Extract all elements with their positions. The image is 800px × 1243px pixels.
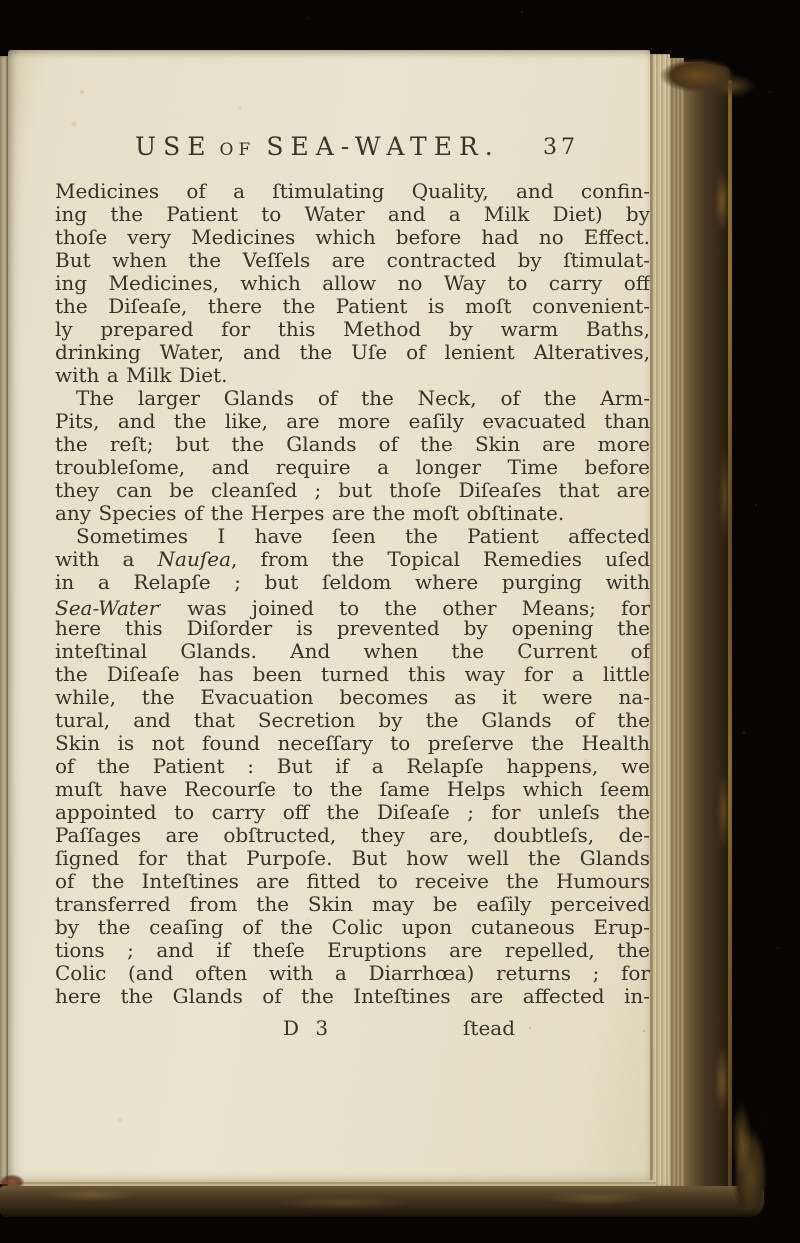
text-segment: Colic (and often with a Diarrhœa) return… <box>55 961 650 985</box>
text-line: here this Diſorder is prevented by openi… <box>55 617 650 640</box>
text-segment: tural, and that Secretion by the Glands … <box>55 708 650 732</box>
text-line: drinking Water, and the Uſe of lenient A… <box>55 341 650 364</box>
gilt-edge-line <box>728 80 732 1190</box>
fore-edge-pages-light <box>650 54 670 1186</box>
bottom-cover-edge <box>0 1186 764 1217</box>
text-line: tural, and that Secretion by the Glands … <box>55 709 650 732</box>
text-segment: Sometimes I have ſeen the Patient affect… <box>76 524 650 548</box>
body-text: Medicines of a ſtimulating Quality, and … <box>55 180 650 1042</box>
text-segment: here the Glands of the Inteſtines are af… <box>55 984 650 1008</box>
text-line: Paſſages are obſtructed, they are, doubt… <box>55 824 650 847</box>
text-segment: troubleſome, and require a longer Time b… <box>55 455 650 479</box>
fore-edge-pages-dark <box>670 58 684 1188</box>
text-segment: while, the Evacuation becomes as it were… <box>55 685 650 709</box>
text-line: muſt have Recourſe to the ſame Helps whi… <box>55 778 650 801</box>
text-segment: Paſſages are obſtructed, they are, doubt… <box>55 823 650 847</box>
text-line: But when the Veſſels are contracted by ſ… <box>55 249 650 272</box>
text-segment: the reſt; but the Glands of the Skin are… <box>55 432 650 456</box>
text-line: while, the Evacuation becomes as it were… <box>55 686 650 709</box>
text-line: the Diſeaſe has been turned this way for… <box>55 663 650 686</box>
text-segment: But when the Veſſels are contracted by ſ… <box>55 248 650 272</box>
catchword: ſtead <box>463 1016 515 1040</box>
text-line: by the ceaſing of the Colic upon cutaneo… <box>55 916 650 939</box>
text-segment: muſt have Recourſe to the ſame Helps whi… <box>55 777 650 801</box>
direction-line: D 3 ſtead <box>55 1016 650 1042</box>
text-segment: here this Diſorder is prevented by openi… <box>55 616 650 640</box>
italic-text: Nauſea <box>158 547 231 571</box>
text-line: any Species of the Herpes are the moſt o… <box>55 502 650 525</box>
text-segment: The larger Glands of the Neck, of the Ar… <box>76 386 650 410</box>
board-edge <box>684 62 704 1192</box>
text-segment: with a <box>55 547 158 571</box>
cover-edge <box>704 66 730 1194</box>
text-line: transferred from the Skin may be eaſily … <box>55 893 650 916</box>
text-segment: appointed to carry off the Diſeaſe ; for… <box>55 800 650 824</box>
text-segment: ing Medicines, which allow no Way to car… <box>55 271 650 295</box>
text-line: The larger Glands of the Neck, of the Ar… <box>55 387 650 410</box>
text-line: they can be cleanſed ; but thoſe Diſeaſe… <box>55 479 650 502</box>
text-line: ing Medicines, which allow no Way to car… <box>55 272 650 295</box>
title-word-use: USE <box>135 132 212 161</box>
text-line: troubleſome, and require a longer Time b… <box>55 456 650 479</box>
text-segment: ly prepared for this Method by warm Bath… <box>55 317 650 341</box>
text-line: Sea-Water· was joined to the other Means… <box>55 594 650 617</box>
book-page: USE OF SEA-WATER. 37 Medicines of a ſtim… <box>8 50 650 1184</box>
text-segment: of the Inteſtines are fitted to receive … <box>55 869 650 893</box>
text-segment: in a Relapſe ; but ſeldom where purging … <box>55 570 650 594</box>
text-segment: transferred from the Skin may be eaſily … <box>55 892 650 916</box>
text-line: of the Patient : But if a Relapſe happen… <box>55 755 650 778</box>
top-corner-stain <box>648 44 766 114</box>
text-line: thoſe very Medicines which before had no… <box>55 226 650 249</box>
text-segment: thoſe very Medicines which before had no… <box>55 225 650 249</box>
text-line: in a Relapſe ; but ſeldom where purging … <box>55 571 650 594</box>
title-word-seawater: SEA-WATER. <box>266 132 499 161</box>
text-segment: with a Milk Diet. <box>55 363 227 387</box>
text-segment: ing the Patient to Water and a Milk Diet… <box>55 202 650 226</box>
text-segment: , from the Topical Remedies uſed <box>231 547 650 571</box>
text-segment: Pits, and the like, are more eaſily evac… <box>55 409 650 433</box>
text-line: Sometimes I have ſeen the Patient affect… <box>55 525 650 548</box>
paragraph: The larger Glands of the Neck, of the Ar… <box>55 387 650 525</box>
bottom-right-cover-corner <box>726 1080 770 1210</box>
text-segment: Medicines of a ſtimulating Quality, and … <box>55 179 650 203</box>
text-line: ing the Patient to Water and a Milk Diet… <box>55 203 650 226</box>
text-line: with a Milk Diet. <box>55 364 650 387</box>
paragraph: Medicines of a ſtimulating Quality, and … <box>55 180 650 387</box>
text-segment: they can be cleanſed ; but thoſe Diſeaſe… <box>55 478 650 502</box>
text-segment: of the Patient : But if a Relapſe happen… <box>55 754 650 778</box>
text-line: with a Nauſea, from the Topical Remedies… <box>55 548 650 571</box>
text-line: Skin is not found neceſſary to preſerve … <box>55 732 650 755</box>
text-segment: the Diſeaſe, there the Patient is moſt c… <box>55 294 650 318</box>
text-segment: by the ceaſing of the Colic upon cutaneo… <box>55 915 650 939</box>
text-line: of the Inteſtines are fitted to receive … <box>55 870 650 893</box>
text-line: the reſt; but the Glands of the Skin are… <box>55 433 650 456</box>
text-segment: inteſtinal Glands. And when the Current … <box>55 639 650 663</box>
text-segment: the Diſeaſe has been turned this way for… <box>55 662 650 686</box>
page-title: USE OF SEA-WATER. <box>135 132 500 161</box>
text-line: Medicines of a ſtimulating Quality, and … <box>55 180 650 203</box>
signature-mark: D 3 <box>283 1016 333 1040</box>
photo-background: USE OF SEA-WATER. 37 Medicines of a ſtim… <box>0 0 800 1243</box>
text-segment: Skin is not found neceſſary to preſerve … <box>55 731 650 755</box>
text-segment: tions ; and if theſe Eruptions are repel… <box>55 938 650 962</box>
text-line: ſigned for that Purpoſe. But how well th… <box>55 847 650 870</box>
text-line: tions ; and if theſe Eruptions are repel… <box>55 939 650 962</box>
page-number: 37 <box>543 135 579 160</box>
text-line: appointed to carry off the Diſeaſe ; for… <box>55 801 650 824</box>
text-line: ly prepared for this Method by warm Bath… <box>55 318 650 341</box>
text-line: here the Glands of the Inteſtines are af… <box>55 985 650 1008</box>
text-line: Colic (and often with a Diarrhœa) return… <box>55 962 650 985</box>
text-segment: any Species of the Herpes are the moſt o… <box>55 501 564 525</box>
text-line: Pits, and the like, are more eaſily evac… <box>55 410 650 433</box>
text-line: inteſtinal Glands. And when the Current … <box>55 640 650 663</box>
running-header: USE OF SEA-WATER. 37 <box>55 132 650 168</box>
text-segment: drinking Water, and the Uſe of lenient A… <box>55 340 650 364</box>
text-line: the Diſeaſe, there the Patient is moſt c… <box>55 295 650 318</box>
paragraph: Sometimes I have ſeen the Patient affect… <box>55 525 650 1008</box>
text-segment: ſigned for that Purpoſe. But how well th… <box>55 846 650 870</box>
title-word-of: OF <box>218 140 262 160</box>
